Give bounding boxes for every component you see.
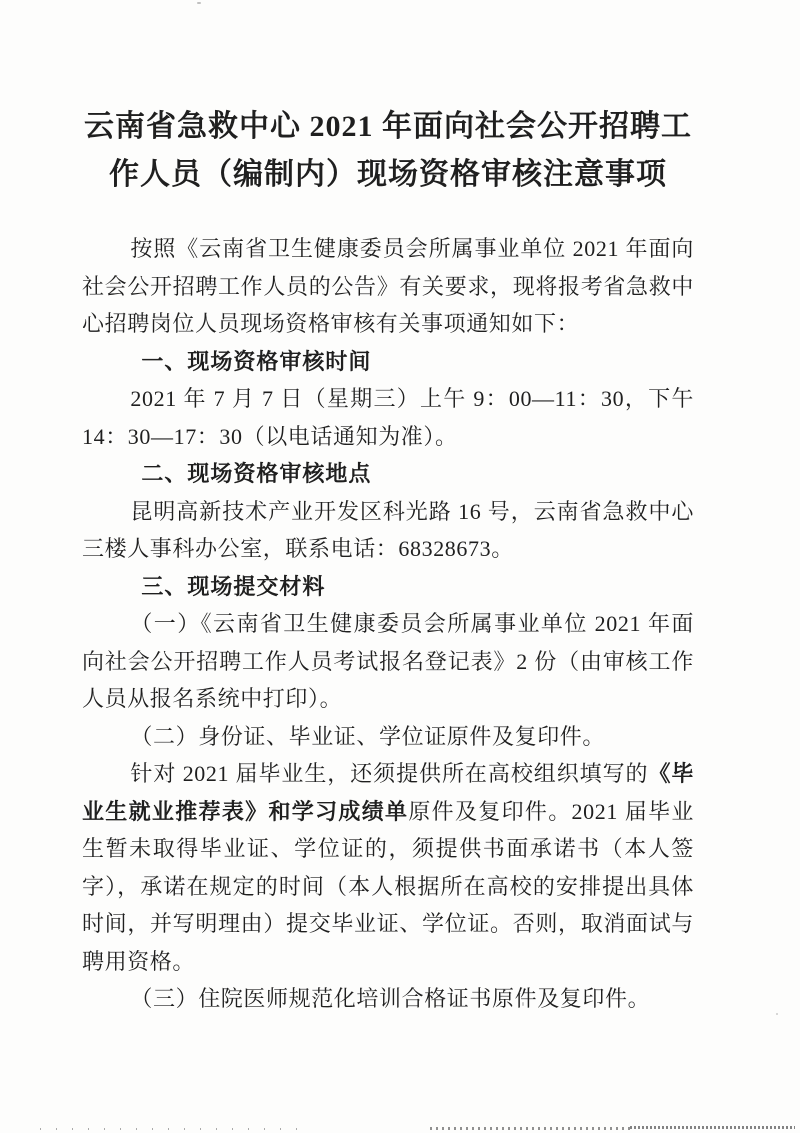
scan-edge-noise — [430, 1127, 630, 1130]
section3-item2-note: 针对 2021 届毕业生，还须提供所在高校组织填写的《毕业生就业推荐表》和学习成… — [82, 755, 694, 980]
document-title: 云南省急救中心 2021 年面向社会公开招聘工 作人员（编制内）现场资格审核注意… — [82, 0, 694, 199]
scan-edge-noise — [630, 1126, 795, 1129]
section2-body: 昆明高新技术产业开发区科光路 16 号，云南省急救中心三楼人事科办公室，联系电话… — [82, 493, 694, 568]
section1-heading: 一、现场资格审核时间 — [82, 343, 694, 381]
section3-item1: （一）《云南省卫生健康委员会所属事业单位 2021 年面向社会公开招聘工作人员考… — [82, 605, 694, 718]
section3-item2-note-pre: 针对 2021 届毕业生，还须提供所在高校组织填写的 — [130, 761, 648, 786]
intro-paragraph: 按照《云南省卫生健康委员会所属事业单位 2021 年面向社会公开招聘工作人员的公… — [82, 230, 694, 343]
scanned-document-page: 云南省急救中心 2021 年面向社会公开招聘工 作人员（编制内）现场资格审核注意… — [0, 0, 800, 1133]
document-content: 云南省急救中心 2021 年面向社会公开招聘工 作人员（编制内）现场资格审核注意… — [82, 0, 694, 1018]
section3-item3: （三）住院医师规范化培训合格证书原件及复印件。 — [82, 980, 694, 1018]
document-title-line-2: 作人员（编制内）现场资格审核注意事项 — [82, 151, 694, 199]
section3-item2: （二）身份证、毕业证、学位证原件及复印件。 — [82, 718, 694, 756]
scan-artifact-speck — [776, 1013, 778, 1015]
section2-heading: 二、现场资格审核地点 — [82, 455, 694, 493]
scan-edge-noise — [40, 1128, 310, 1130]
scan-artifact-speck — [522, 1002, 524, 1006]
section3-item2-note-post: 原件及复印件。2021 届毕业生暂未取得毕业证、学位证的，须提供书面承诺书（本人… — [82, 799, 694, 974]
section1-body: 2021 年 7 月 7 日（星期三）上午 9：00—11：30，下午 14：3… — [82, 380, 694, 455]
document-title-line-1: 云南省急救中心 2021 年面向社会公开招聘工 — [82, 103, 694, 151]
section3-heading: 三、现场提交材料 — [82, 568, 694, 606]
document-body: 按照《云南省卫生健康委员会所属事业单位 2021 年面向社会公开招聘工作人员的公… — [82, 230, 694, 1018]
